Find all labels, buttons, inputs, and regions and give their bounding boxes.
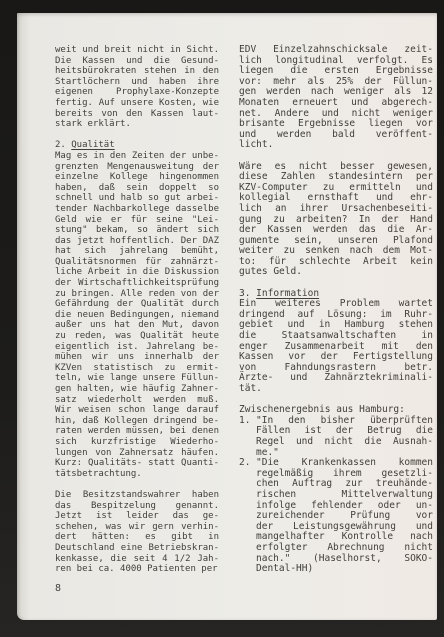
text-line: Regel und nicht die Ausnah- bbox=[256, 437, 433, 448]
text-line: erfolgter Abrechnung nicht bbox=[256, 543, 433, 554]
text-line: kenkasse, die seit 4 1/2 Jah- bbox=[55, 554, 219, 565]
text-line: zu reden, was Qualität heute bbox=[55, 331, 219, 342]
text-line: teln, wie lange unsere Füllun- bbox=[55, 373, 219, 384]
text-line: satz wiederholt werden muß. bbox=[55, 395, 219, 406]
paragraph: weit und breit nicht in Sicht.Die Kassen… bbox=[55, 45, 219, 130]
page-number: 8 bbox=[55, 583, 61, 594]
text-line: Jetzt ist leider das ge- bbox=[55, 511, 219, 522]
text-line: tender Nachbarkollege dasselbe bbox=[55, 204, 219, 215]
text-line: eigentlich ist. Jahrelang be- bbox=[55, 342, 219, 353]
paragraph: Mag es in den Zeiten der unbe-grenzten M… bbox=[55, 151, 219, 479]
text-line: Wir weisen schon lange darauf bbox=[55, 405, 219, 416]
text-line: EDV Einzelzahnschicksale zeit- bbox=[239, 45, 433, 56]
text-line: Mag es in den Zeiten der unbe- bbox=[55, 151, 219, 162]
heading-number: 3. bbox=[239, 288, 256, 299]
text-line: bereits von den Kassen laut- bbox=[55, 109, 219, 120]
text-line: Kurz: Qualitäts- statt Quanti- bbox=[55, 458, 219, 469]
text-line: raten werden müssen, bei denen bbox=[55, 426, 219, 437]
text-line: schehen, was wir gern verhin- bbox=[55, 522, 219, 533]
text-line: dert hätten: es gibt in bbox=[55, 532, 219, 543]
text-line: stark erklärt. bbox=[55, 119, 219, 130]
right-text-column: EDV Einzelzahnschicksale zeit-lich longi… bbox=[239, 45, 433, 575]
text-line: weit und breit nicht in Sicht. bbox=[55, 45, 219, 56]
paragraph: EDV Einzelzahnschicksale zeit-lich longi… bbox=[239, 45, 433, 151]
text-line: die neuen Bedingungen, niemand bbox=[55, 310, 219, 321]
text-line: gen halten, wie häufig Zahner- bbox=[55, 384, 219, 395]
list-marker: 2. bbox=[239, 458, 250, 469]
text-line: Gefährdung der Qualität durch bbox=[55, 299, 219, 310]
text-line: außer uns hat den Mut, davon bbox=[55, 320, 219, 331]
text-line: tätsbetrachtung. bbox=[55, 469, 219, 480]
text-line: KZVen statistisch zu ermit- bbox=[55, 363, 219, 374]
text-line: zu bringen. Alle reden von der bbox=[55, 289, 219, 300]
paper: weit und breit nicht in Sicht.Die Kassen… bbox=[17, 13, 437, 620]
blank-line bbox=[55, 130, 219, 141]
text-line: Die Kassen und die Gesund- bbox=[55, 56, 219, 67]
blank-line bbox=[239, 151, 433, 162]
text-line: Die Besitzstandswahrer haben bbox=[55, 490, 219, 501]
text-line: eigenen Prophylaxe-Konzepte bbox=[55, 87, 219, 98]
text-line: licht. bbox=[239, 140, 433, 151]
text-line: Geld wie er für seine "Lei- bbox=[55, 215, 219, 226]
left-text-column: weit und breit nicht in Sicht.Die Kassen… bbox=[55, 45, 219, 575]
text-line: fertig. Auf unsere Kosten, wie bbox=[55, 98, 219, 109]
text-line: haben, daß sein doppelt so bbox=[55, 183, 219, 194]
text-line: Deutschland eine Betriebskran- bbox=[55, 543, 219, 554]
text-line: gutes Geld. bbox=[239, 267, 433, 278]
scanned-document-frame: weit und breit nicht in Sicht.Die Kassen… bbox=[0, 0, 444, 637]
text-line: stung" bekam, so ändert sich bbox=[55, 225, 219, 236]
section-heading: 2. Qualität bbox=[55, 140, 219, 151]
list-item: 2."Die Krankenkassen kommenregelmäßig ih… bbox=[239, 458, 433, 575]
text-line: sich kurzfristige Wiederho- bbox=[55, 437, 219, 448]
paragraph: Die Besitzstandswahrer habendas Bespitze… bbox=[55, 490, 219, 575]
heading-title: Information bbox=[256, 288, 319, 299]
blank-line bbox=[55, 479, 219, 490]
list-marker: 1. bbox=[239, 416, 250, 427]
text-line: hat sich jahrelang bemüht, bbox=[55, 246, 219, 257]
text-line: Monaten erneuert und abgerech- bbox=[239, 98, 433, 109]
text-line: grenzten Mengenausweitung der bbox=[55, 162, 219, 173]
text-line: tät. bbox=[239, 384, 433, 395]
text-line: ren bei ca. 4000 Patienten per bbox=[55, 564, 219, 575]
text-line: schnell und halb so gut arbei- bbox=[55, 193, 219, 204]
text-line: Dental-HH) bbox=[256, 564, 433, 575]
text-line: lich an ihrer Ursachenbeseiti- bbox=[239, 204, 433, 215]
list-item: 1."In den bisher überprüftenFällen ist d… bbox=[239, 416, 433, 458]
text-line: Ärzte- und Zahnärztekriminali- bbox=[239, 373, 433, 384]
heading-title: Qualität bbox=[71, 140, 114, 150]
paragraph: Ein weiteres Problem wartetdringend auf … bbox=[239, 299, 433, 394]
text-line: rischen Mittelverwaltung bbox=[256, 490, 433, 501]
paragraph: Wäre es nicht besser gewesen,diese Zahle… bbox=[239, 162, 433, 279]
text-line: der Wirtschaftlichkeitsprüfung bbox=[55, 278, 219, 289]
text-line: liche Arbeit in die Diskussion bbox=[55, 267, 219, 278]
text-line: lungen von Zahnersatz häufen. bbox=[55, 448, 219, 459]
text-line: Qualitätsnormen für zahnärzt- bbox=[55, 257, 219, 268]
text-line: heitsbürokraten stehen in den bbox=[55, 66, 219, 77]
text-line: das Bespitzelung genannt. bbox=[55, 501, 219, 512]
heading-number: 2. bbox=[55, 140, 71, 150]
text-line: Startlöchern und haben ihre bbox=[55, 77, 219, 88]
text-line: mühen wir uns innerhalb der bbox=[55, 352, 219, 363]
text-line: hin, daß Kollegen dringend be- bbox=[55, 416, 219, 427]
text-line: das jetzt hoffentlich. Der DAZ bbox=[55, 236, 219, 247]
text-line: einzelne Kollege hingenommen bbox=[55, 172, 219, 183]
